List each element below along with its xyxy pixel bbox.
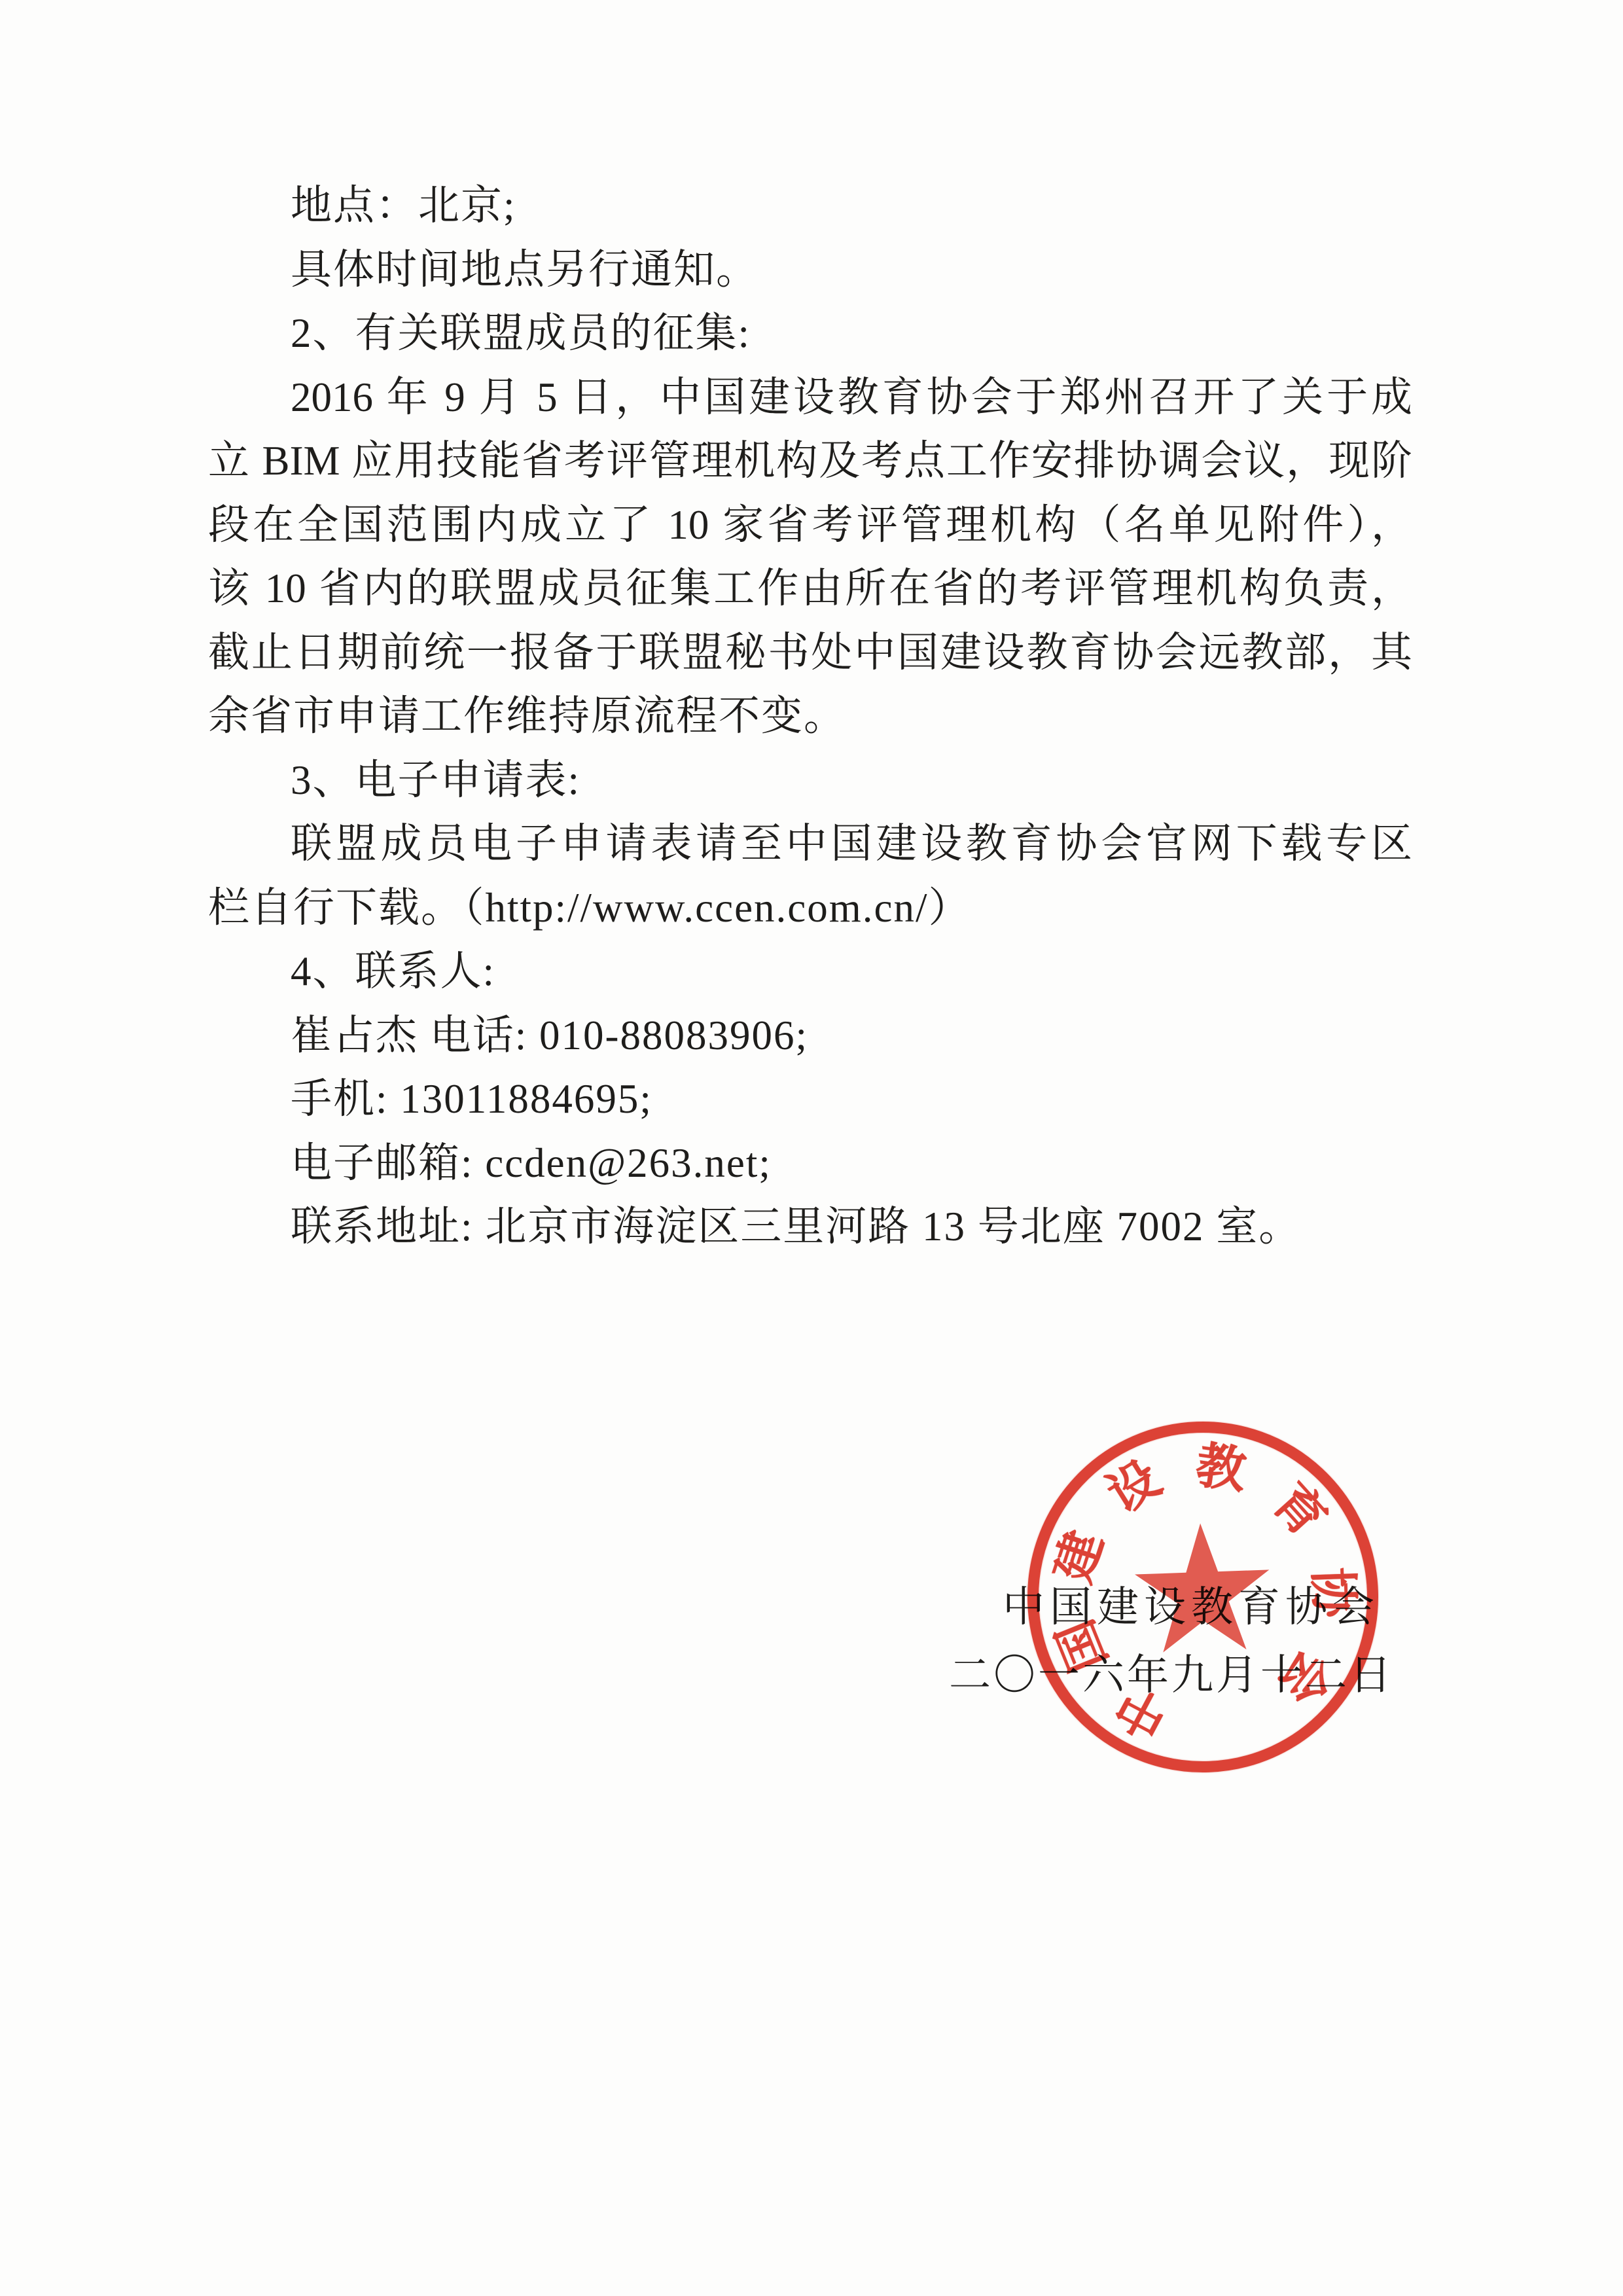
body-line: 联盟成员电子申请表请至中国建设教育协会官网下载专区 — [208, 812, 1412, 876]
body-line: 2、有关联盟成员的征集: — [208, 302, 1412, 365]
body-line: 余省市申请工作维持原流程不变。 — [208, 685, 1412, 748]
body-line: 联系地址: 北京市海淀区三里河路 13 号北座 7002 室。 — [208, 1195, 1412, 1259]
body-line: 具体时间地点另行通知。 — [208, 238, 1412, 302]
body-line: 3、电子申请表: — [208, 749, 1412, 812]
body-line: 段在全国范围内成立了 10 家省考评管理机构（名单见附件）， — [208, 493, 1412, 557]
body-line: 电子邮箱: ccden@263.net; — [208, 1132, 1412, 1195]
seal-ring-char: 协 — [1307, 1567, 1359, 1619]
official-seal-stamp: 中国建设教育协会 ★ — [1022, 1416, 1384, 1778]
body-line: 立 BIM 应用技能省考评管理机构及考点工作安排协调会议，现阶 — [208, 429, 1412, 493]
body-line: 4、联系人: — [208, 940, 1412, 1003]
body-line: 截止日期前统一报备于联盟秘书处中国建设教育协会远教部，其 — [208, 621, 1412, 685]
body-line: 地点：北京; — [208, 174, 1412, 238]
body-line: 该 10 省内的联盟成员征集工作由所在省的考评管理机构负责， — [208, 557, 1412, 620]
body-line: 崔占杰 电话: 010-88083906; — [208, 1004, 1412, 1067]
document-page: 地点：北京;具体时间地点另行通知。2、有关联盟成员的征集:2016 年 9 月 … — [0, 0, 1623, 2296]
body-line: 手机: 13011884695; — [208, 1067, 1412, 1131]
body-line: 栏自行下载。（http://www.ccen.com.cn/） — [208, 876, 1412, 940]
seal-star-icon: ★ — [1121, 1499, 1284, 1680]
body-line: 2016 年 9 月 5 日，中国建设教育协会于郑州召开了关于成 — [208, 366, 1412, 429]
